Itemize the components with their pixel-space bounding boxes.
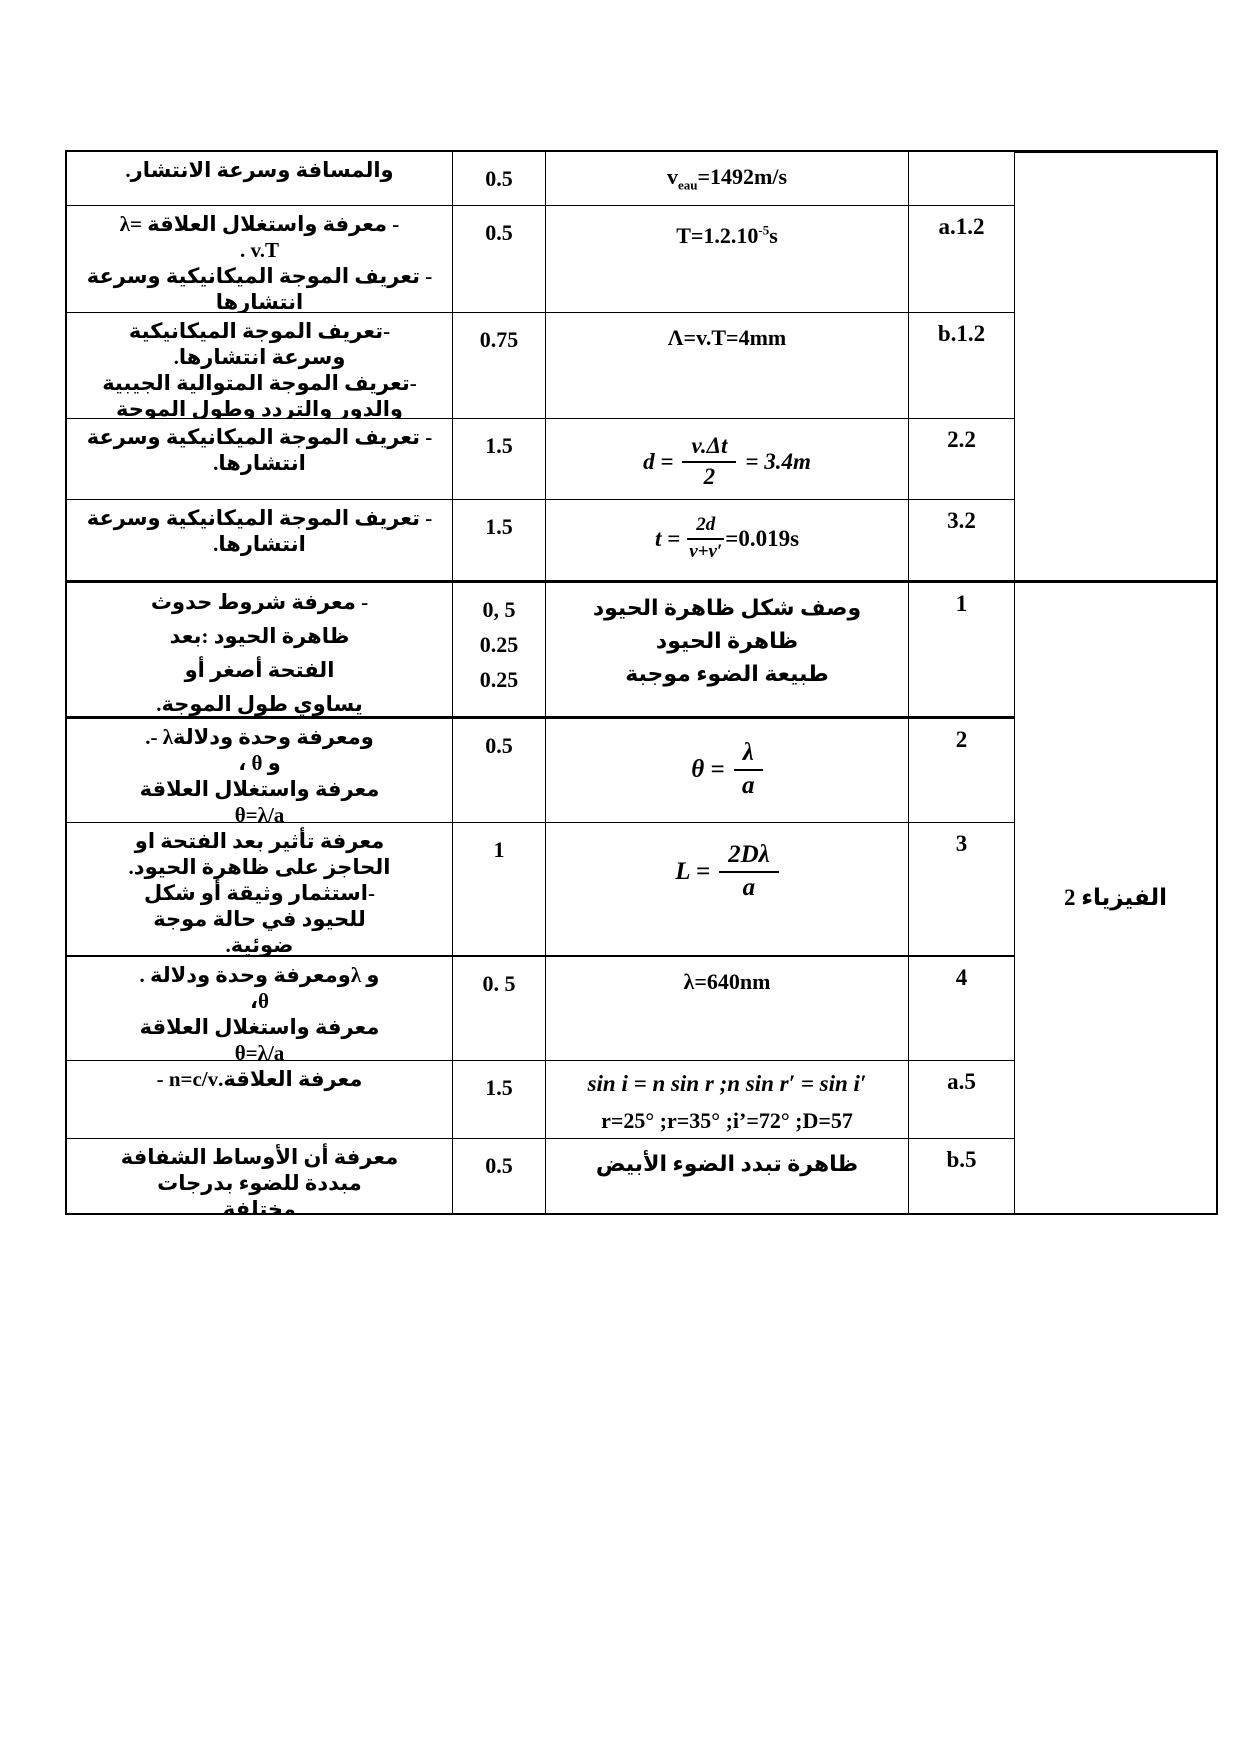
points-value: 1.5 [453,428,545,463]
denominator: a [742,771,755,800]
criteria-line: . v.T [67,237,452,263]
answer-formula: T=1.2.10-5s [676,223,778,248]
page: { "colors": {"text": "#000000", "border"… [0,0,1240,1754]
criteria-line: انتشارها. [67,531,452,557]
superscript: -5 [758,223,769,238]
denominator: 2 [704,463,716,490]
answer-line: sin i = n sin r ;n sin r′ = sin i′ [546,1065,908,1102]
points-cell: 0, 5 0.25 0.25 [452,580,545,716]
fraction: 2Dλ a [719,841,779,902]
points-value: 0.75 [453,322,545,357]
answer-line: ظاهرة تبدد الضوء الأبيض [546,1147,908,1180]
points-value: 1.5 [453,509,545,544]
points-cell: 1.5 [452,1060,545,1138]
criteria-line: والدور والتردد وطول الموجة [67,396,452,418]
answer-formula: Λ=v.T=4mm [668,325,786,350]
points-value: 1.5 [453,1070,545,1105]
points-value: 0.25 [453,627,545,662]
question-number: 4 [956,965,968,990]
criteria-cell: - تعريف الموجة الميكانيكية وسرعة انتشاره… [67,499,452,580]
points-cell: 0.5 [452,205,545,312]
question-number: b.1.2 [938,321,985,346]
answer-cell: λ=640nm [545,955,908,1060]
criteria-line: معرفة واستغلال العلاقة [67,1014,452,1040]
formula-prefix: d = [643,449,673,475]
answer-cell: veau=1492m/s [545,152,908,205]
criteria-line: -تعريف الموجة المتوالية الجيبية [67,370,452,396]
answer-cell: ظاهرة تبدد الضوء الأبيض [545,1138,908,1213]
formula-suffix: =0.019s [725,526,799,552]
criteria-line: معرفة العلاقة.n=c/v - [67,1066,452,1092]
points-cell: 0.5 [452,152,545,205]
points-value: 0. 5 [453,966,545,1001]
answer-cell: L = 2Dλ a [545,822,908,955]
question-number: 2 [956,727,968,752]
criteria-line: - تعريف الموجة الميكانيكية وسرعة [67,424,452,450]
question-number-cell: b.5 [908,1138,1014,1213]
answer-formula: veau=1492m/s [667,164,787,189]
formula-prefix: L = [675,858,710,886]
question-number-cell: 3 [908,822,1014,955]
question-number-cell: 2.2 [908,418,1014,499]
points-value: 0.5 [453,728,545,763]
question-number-cell: b.1.2 [908,312,1014,418]
numerator: v.Δt [682,433,736,463]
question-number-cell [908,152,1014,205]
criteria-line: معرفة واستغلال العلاقة [67,776,452,802]
points-cell: 1.5 [452,499,545,580]
criteria-cell: - تعريف الموجة الميكانيكية وسرعة انتشاره… [67,418,452,499]
criteria-cell: -تعريف الموجة الميكانيكية وسرعة انتشارها… [67,312,452,418]
numerator: 2d [687,514,724,540]
subject-cell-empty [1014,152,1216,580]
question-number-cell: a.1.2 [908,205,1014,312]
criteria-line: - تعريف الموجة الميكانيكية وسرعة [67,505,452,531]
criteria-cell: ومعرفة وحدة ودلالةλ -. و θ ، معرفة واستغ… [67,716,452,822]
points-value: 0.5 [453,161,545,196]
criteria-line: - تعريف الموجة الميكانيكية وسرعة [67,263,452,289]
points-value: 0.5 [453,215,545,250]
points-cell: 0. 5 [452,955,545,1060]
criteria-line: الفتحة أصغر أو [67,653,452,687]
points-value: 0.25 [453,662,545,697]
fraction: 2d v+v′ [687,514,724,563]
criteria-line: ظاهرة الحيود :بعد [67,619,452,653]
answer-cell: وصف شكل ظاهرة الحيود ظاهرة الحيود طبيعة … [545,580,908,716]
question-number-cell: 3.2 [908,499,1014,580]
answer-cell: t = 2d v+v′ =0.019s [545,499,908,580]
answer-cell: θ = λ a [545,716,908,822]
criteria-line: والمسافة وسرعة الانتشار. [67,157,452,183]
criteria-line: مختلفة [67,1196,452,1213]
criteria-cell: - معرفة واستغلال العلاقة =λ . v.T - تعري… [67,205,452,312]
criteria-line: مبددة للضوء بدرجات [67,1170,452,1196]
question-number: 3.2 [947,508,976,533]
answer-cell: T=1.2.10-5s [545,205,908,312]
criteria-line: ،θ [67,988,452,1014]
points-value: 0, 5 [453,592,545,627]
criteria-line: -استثمار وثيقة أو شكل [67,880,452,906]
question-number-cell: 2 [908,716,1014,822]
criteria-line: -تعريف الموجة الميكانيكية [67,318,452,344]
question-number: b.5 [946,1147,976,1172]
question-number: 3 [956,831,968,856]
denominator: v+v′ [689,540,722,563]
answer-cell: d = v.Δt 2 = 3.4m [545,418,908,499]
criteria-line: ومعرفة وحدة ودلالةλ -. [67,724,452,750]
answer-line: r=25° ;r=35° ;i’=72° ;D=57 [546,1102,908,1138]
points-cell: 1 [452,822,545,955]
points-cell: 1.5 [452,418,545,499]
criteria-line: الحاجز على ظاهرة الحيود. [67,854,452,880]
answer-line: طبيعة الضوء موجبة [546,657,908,690]
answer-formula: θ = λ a [546,727,908,800]
criteria-line: للحيود في حالة موجة [67,906,452,932]
numerator: λ [734,739,763,771]
criteria-line: - معرفة شروط حدوث [67,585,452,619]
grading-rubric-table: الفيزياء 2 والمسافة وسرعة الانتشار. 0.5 … [65,150,1218,1215]
criteria-line: انتشارها. [67,450,452,476]
criteria-line: معرفة تأثير بعد الفتحة او [67,828,452,854]
denominator: a [743,873,756,902]
criteria-line: انتشارها [67,289,452,312]
answer-formula: L = 2Dλ a [546,831,908,902]
criteria-cell: - معرفة شروط حدوث ظاهرة الحيود :بعد الفت… [67,580,452,716]
criteria-cell: . ومعرفة وحدة ودلالةλ و ،θ معرفة واستغلا… [67,955,452,1060]
formula-prefix: θ = [691,756,724,784]
criteria-cell: معرفة العلاقة.n=c/v - [67,1060,452,1138]
answer-formula: d = v.Δt 2 = 3.4m [546,427,908,490]
numerator: 2Dλ [719,841,779,873]
points-value: 0.5 [453,1148,545,1183]
criteria-line: - معرفة واستغلال العلاقة =λ [67,211,452,237]
criteria-line: θ=λ/a [67,1040,452,1060]
answer-cell: sin i = n sin r ;n sin r′ = sin i′ r=25°… [545,1060,908,1138]
points-value: 1 [453,832,545,867]
criteria-line: وسرعة انتشارها. [67,344,452,370]
question-number: a.1.2 [939,214,985,239]
formula-suffix: = 3.4m [745,449,811,475]
question-number: a.5 [947,1069,976,1094]
question-number-cell: a.5 [908,1060,1014,1138]
criteria-line: . ومعرفة وحدة ودلالةλ و [67,962,452,988]
criteria-cell: والمسافة وسرعة الانتشار. [67,152,452,205]
answer-cell: Λ=v.T=4mm [545,312,908,418]
points-cell: 0.5 [452,716,545,822]
answer-line: وصف شكل ظاهرة الحيود [546,591,908,624]
question-number-cell: 4 [908,955,1014,1060]
answer-formula: λ=640nm [684,969,771,994]
subscript: eau [678,177,698,192]
formula-prefix: t = [655,526,680,552]
question-number: 2.2 [947,427,976,452]
criteria-line: ضوئية. [67,932,452,955]
subject-label: الفيزياء 2 [1064,885,1167,911]
points-cell: 0.75 [452,312,545,418]
answer-formula: t = 2d v+v′ =0.019s [546,508,908,563]
criteria-line: يساوي طول الموجة. [67,687,452,716]
question-number: 1 [956,591,968,616]
fraction: v.Δt 2 [682,433,736,490]
criteria-line: θ=λ/a [67,802,452,822]
question-number-cell: 1 [908,580,1014,716]
fraction: λ a [734,739,763,800]
criteria-line: معرفة أن الأوساط الشفافة [67,1144,452,1170]
criteria-cell: معرفة أن الأوساط الشفافة مبددة للضوء بدر… [67,1138,452,1213]
criteria-line: و θ ، [67,750,452,776]
points-cell: 0.5 [452,1138,545,1213]
subject-cell-physics2: الفيزياء 2 [1014,580,1216,1213]
criteria-cell: معرفة تأثير بعد الفتحة او الحاجز على ظاه… [67,822,452,955]
answer-line: ظاهرة الحيود [546,624,908,657]
